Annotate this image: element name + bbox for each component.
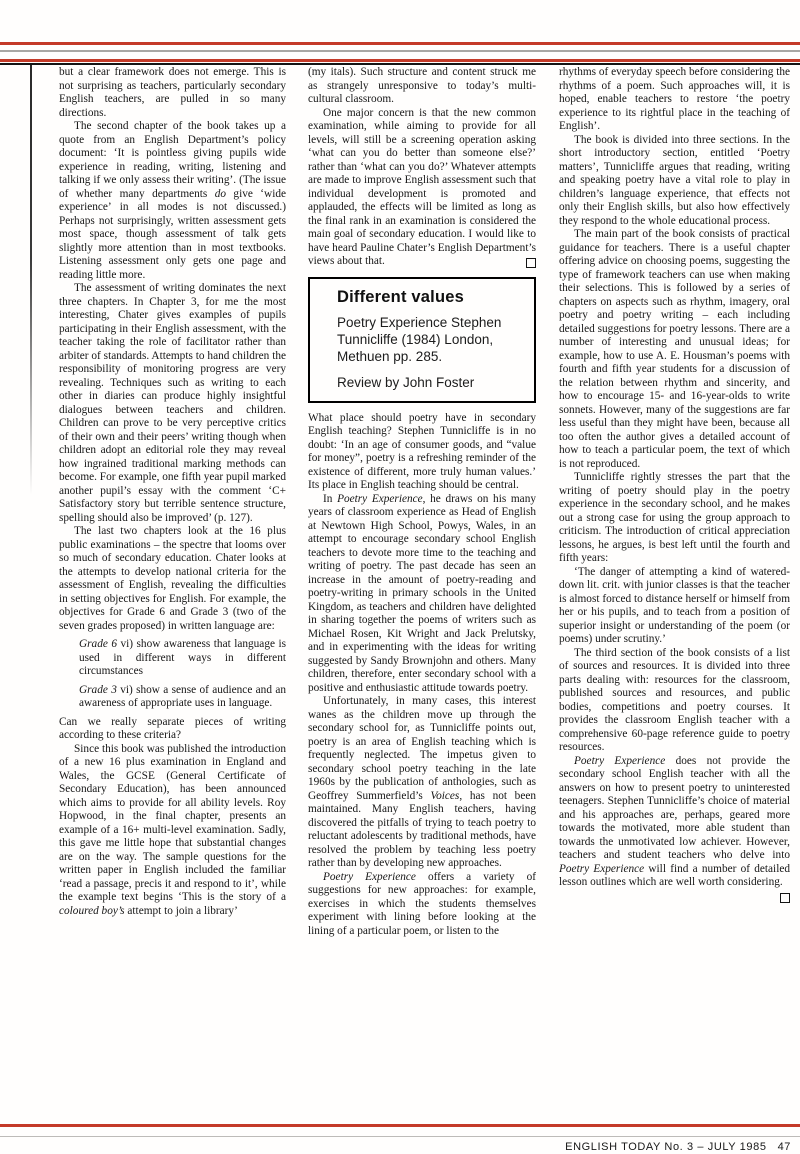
journal-footer-text: ENGLISH TODAY No. 3 – JULY 1985 [565, 1141, 766, 1153]
paragraph: In Poetry Experience, he draws on his ma… [308, 493, 536, 696]
page-footer: ENGLISH TODAY No. 3 – JULY 198547 [565, 1141, 791, 1153]
end-of-article-icon [780, 893, 790, 903]
paragraph: The last two chapters look at the 16 plu… [59, 525, 286, 633]
paragraph: What place should poetry have in seconda… [308, 412, 536, 493]
paragraph: Tunnicliffe rightly stresses the part th… [559, 471, 790, 566]
paragraph: The book is divided into three sections.… [559, 134, 790, 229]
paragraph: (my itals). Such structure and content s… [308, 66, 536, 107]
text-column-3: rhythms of everyday speech before consid… [559, 66, 790, 1120]
paragraph: Since this book was published the introd… [59, 743, 286, 919]
bottom-rule-red [0, 1124, 800, 1127]
text-column-1: but a clear framework does not emerge. T… [59, 66, 286, 1120]
text-column-2: (my itals). Such structure and content s… [308, 66, 536, 1120]
paragraph: Poetry Experience offers a variety of su… [308, 871, 536, 939]
bottom-rule-gray [0, 1136, 800, 1137]
paragraph: Can we really separate pieces of writing… [59, 716, 286, 743]
paragraph: The second chapter of the book takes up … [59, 120, 286, 282]
paragraph: Poetry Experience does not provide the s… [559, 755, 790, 890]
paragraph: Grade 6 vi) show awareness that language… [79, 638, 286, 679]
review-title: Different values [337, 287, 514, 307]
paragraph: but a clear framework does not emerge. T… [59, 66, 286, 120]
left-margin-scan-line [30, 65, 32, 495]
paragraph: Grade 3 vi) show a sense of audience and… [79, 684, 286, 711]
paragraph: The main part of the book consists of pr… [559, 228, 790, 471]
review-body-section: What place should poetry have in seconda… [308, 412, 536, 939]
top-rule-red-thin [0, 42, 800, 45]
paragraph: rhythms of everyday speech before consid… [559, 66, 790, 134]
journal-page: but a clear framework does not emerge. T… [0, 0, 800, 1154]
paragraph: Unfortunately, in many cases, this inter… [308, 695, 536, 871]
paragraph: The third section of the book consists o… [559, 647, 790, 755]
end-of-article-icon [526, 258, 536, 268]
review-citation: Poetry Experience Stephen Tunnicliffe (1… [337, 314, 514, 365]
top-rule-black [0, 63, 800, 66]
page-number: 47 [778, 1141, 791, 1153]
review-byline: Review by John Foster [337, 374, 514, 391]
paragraph: The assessment of writing dominates the … [59, 282, 286, 525]
paragraph: ‘The danger of attempting a kind of wate… [559, 566, 790, 647]
article-end-section: (my itals). Such structure and content s… [308, 66, 536, 269]
review-header-box: Different values Poetry Experience Steph… [308, 277, 536, 403]
paragraph: One major concern is that the new common… [308, 107, 536, 269]
top-rule-gray [0, 50, 800, 52]
